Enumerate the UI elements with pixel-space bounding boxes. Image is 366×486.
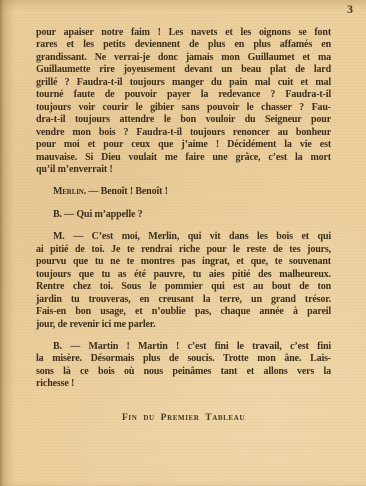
tableau-end-caption: Fin du Premier Tableau <box>36 413 331 423</box>
text-line: grandissant. Ne verrai-je donc jamais mo… <box>36 52 331 64</box>
text-line: Rentre chez toi. Sous le pommier qui est… <box>36 281 331 293</box>
text-line: Merlin. — Benoît ! Benoît ! <box>36 186 331 198</box>
paragraph: B. — Qui m’appelle ? <box>36 209 331 221</box>
text-line: richesse ! <box>36 378 331 390</box>
paragraph: Merlin. — Benoît ! Benoît ! <box>36 186 331 198</box>
paragraph: B. — Martin ! Martin ! c’est fini le tra… <box>36 341 331 391</box>
text-line: pour moi et pour ceux que j’aime ! Décid… <box>36 139 331 151</box>
text-line: vendre mon bois ? Faudra-t-il toujours r… <box>36 127 331 139</box>
text-line: jardin tu trouveras, en creusant la terr… <box>36 294 331 306</box>
text-line: Fais-en bon usage, et n’oublie pas, chaq… <box>36 306 331 318</box>
text-line: sons là ce bois où nous peinâmes tant et… <box>36 366 331 378</box>
text-line: mauvaise. Si Dieu voulait me faire une g… <box>36 152 331 164</box>
speaker-name: B. <box>53 341 62 352</box>
text-line: rares et les petits deviennent de plus e… <box>36 39 331 51</box>
book-page: 3 pour apaiser notre faim ! Les navets e… <box>0 0 366 486</box>
text-line: tourné faute de pouvoir payer la redevan… <box>36 89 331 101</box>
page-number: 3 <box>347 2 353 17</box>
text-line: pourvu que tu ne te montres pas ingrat, … <box>36 256 331 268</box>
text-line: B. — Martin ! Martin ! c’est fini le tra… <box>36 341 331 353</box>
text-line: B. — Qui m’appelle ? <box>36 209 331 221</box>
text-line: qu’il m’enverrait ! <box>36 164 331 176</box>
text-line: M. — C’est moi, Merlin, qui vit dans les… <box>36 231 331 243</box>
speaker-name: Merlin. <box>53 186 86 197</box>
text-line: Guillaumette rire joyeusement devant un … <box>36 64 331 76</box>
text-line: toujours que tu as été pauvre, tu aies p… <box>36 269 331 281</box>
text-line: ai pitié de toi. Je te rendrai riche pou… <box>36 244 331 256</box>
text-line: grillé ? Faudra-t-il toujours manger du … <box>36 77 331 89</box>
speaker-name: M. <box>53 231 65 242</box>
paragraph: pour apaiser notre faim ! Les navets et … <box>36 27 331 176</box>
text-line: pour apaiser notre faim ! Les navets et … <box>36 27 331 39</box>
text-line: toujours voir courir le gibier sans pouv… <box>36 102 331 114</box>
text-line: la misère. Désormais plus de soucis. Tro… <box>36 353 331 365</box>
text-line: jour, de revenir ici me parler. <box>36 319 331 331</box>
text-block: pour apaiser notre faim ! Les navets et … <box>36 27 331 423</box>
text-line: dra-t-il toujours attendre le bon vouloi… <box>36 114 331 126</box>
speaker-name: B. <box>53 209 62 220</box>
paragraph: M. — C’est moi, Merlin, qui vit dans les… <box>36 231 331 331</box>
